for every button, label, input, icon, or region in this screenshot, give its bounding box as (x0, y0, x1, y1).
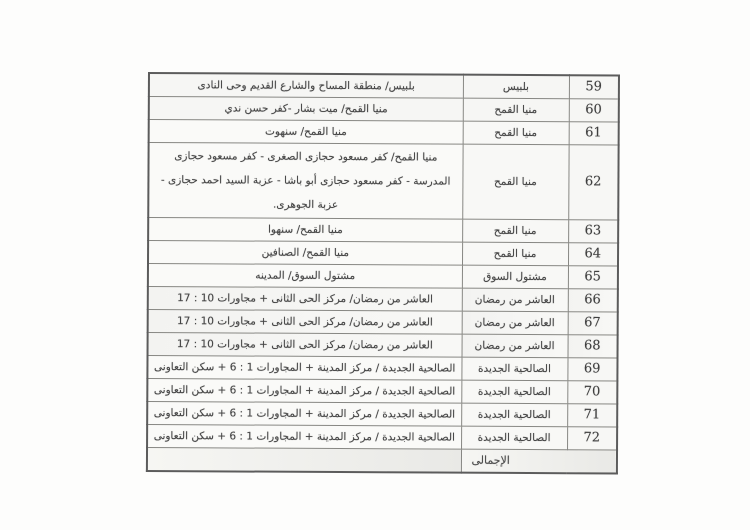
region-cell: العاشر من رمضان (462, 334, 568, 358)
description-cell: الصالحية الجديدة / مركز المدينة + المجاو… (147, 355, 461, 380)
row-number-cell: 60 (569, 98, 619, 121)
row-number-cell: 61 (569, 121, 619, 144)
region-cell: العاشر من رمضان (462, 311, 568, 335)
row-number-cell: 69 (567, 357, 617, 380)
description-cell: مشتول السوق/ المدينه (148, 263, 462, 288)
total-row: الإجمالى (147, 447, 617, 473)
total-value-cell (147, 447, 461, 473)
region-cell: منيا القمح (462, 219, 568, 243)
row-number-cell: 64 (568, 242, 618, 265)
table-row: 60 منيا القمح منيا القمح/ ميت بشار -كفر … (149, 96, 619, 121)
description-cell: منيا القمح/ سنهوا (148, 217, 462, 242)
region-cell: مشتول السوق (462, 265, 568, 289)
region-cell: منيا القمح (463, 121, 569, 145)
table-row: 65 مشتول السوق مشتول السوق/ المدينه (148, 263, 618, 288)
row-number-cell: 71 (567, 403, 617, 426)
table-row: 63 منيا القمح منيا القمح/ سنهوا (148, 217, 618, 242)
table-row: 72 الصالحية الجديدة الصالحية الجديدة / م… (147, 424, 617, 449)
scanned-document-page: 59 بلبيس بلبيس/ منطقة المساح والشارع الق… (0, 0, 750, 530)
table-row: 70 الصالحية الجديدة الصالحية الجديدة / م… (147, 378, 617, 403)
description-cell: العاشر من رمضان/ مركز الحى الثانى + مجاو… (148, 309, 462, 334)
row-number-cell: 62 (568, 144, 618, 219)
row-number-cell: 70 (567, 380, 617, 403)
description-cell: بلبيس/ منطقة المساح والشارع القديم وحى ا… (149, 73, 463, 98)
region-cell: الصالحية الجديدة (461, 380, 567, 404)
description-cell: الصالحية الجديدة / مركز المدينة + المجاو… (147, 401, 461, 426)
row-number-cell: 67 (568, 311, 618, 334)
row-number-cell: 68 (568, 334, 618, 357)
description-cell: منيا القمح/ ميت بشار -كفر حسن ندي (149, 96, 463, 121)
region-cell: العاشر من رمضان (462, 288, 568, 312)
description-cell: الصالحية الجديدة / مركز المدينة + المجاو… (147, 424, 461, 449)
region-cell: منيا القمح (462, 242, 568, 266)
table-row: 59 بلبيس بلبيس/ منطقة المساح والشارع الق… (149, 73, 619, 98)
row-number-cell: 65 (568, 265, 618, 288)
description-cell: منيا القمح/ كفر مسعود حجازى الصغرى - كفر… (148, 142, 462, 219)
description-cell: العاشر من رمضان/ مركز الحى الثانى + مجاو… (148, 286, 462, 311)
row-number-cell: 63 (568, 219, 618, 242)
table-row: 61 منيا القمح منيا القمح/ سنهوت (149, 119, 619, 144)
table-row: 71 الصالحية الجديدة الصالحية الجديدة / م… (147, 401, 617, 426)
table-row: 62 منيا القمح منيا القمح/ كفر مسعود حجاز… (148, 142, 618, 219)
districts-table: 59 بلبيس بلبيس/ منطقة المساح والشارع الق… (146, 72, 620, 474)
region-cell: الصالحية الجديدة (461, 357, 567, 381)
region-cell: الصالحية الجديدة (461, 403, 567, 427)
row-number-cell: 66 (568, 288, 618, 311)
description-cell: العاشر من رمضان/ مركز الحى الثانى + مجاو… (148, 332, 462, 357)
table-row: 69 الصالحية الجديدة الصالحية الجديدة / م… (147, 355, 617, 380)
table-row: 66 العاشر من رمضان العاشر من رمضان/ مركز… (148, 286, 618, 311)
table-row: 68 العاشر من رمضان العاشر من رمضان/ مركز… (148, 332, 618, 357)
table-row: 64 منيا القمح منيا القمح/ الصنافين (148, 240, 618, 265)
description-cell: منيا القمح/ سنهوت (149, 119, 463, 144)
region-cell: منيا القمح (463, 98, 569, 122)
region-cell: الصالحية الجديدة (461, 426, 567, 450)
total-label-cell: الإجمالى (461, 449, 617, 474)
region-cell: بلبيس (463, 75, 569, 99)
row-number-cell: 59 (569, 75, 619, 98)
description-cell: الصالحية الجديدة / مركز المدينة + المجاو… (147, 378, 461, 403)
table-row: 67 العاشر من رمضان العاشر من رمضان/ مركز… (148, 309, 618, 334)
description-cell: منيا القمح/ الصنافين (148, 240, 462, 265)
districts-table-container: 59 بلبيس بلبيس/ منطقة المساح والشارع الق… (146, 72, 620, 474)
region-cell: منيا القمح (462, 144, 568, 220)
row-number-cell: 72 (567, 426, 617, 449)
